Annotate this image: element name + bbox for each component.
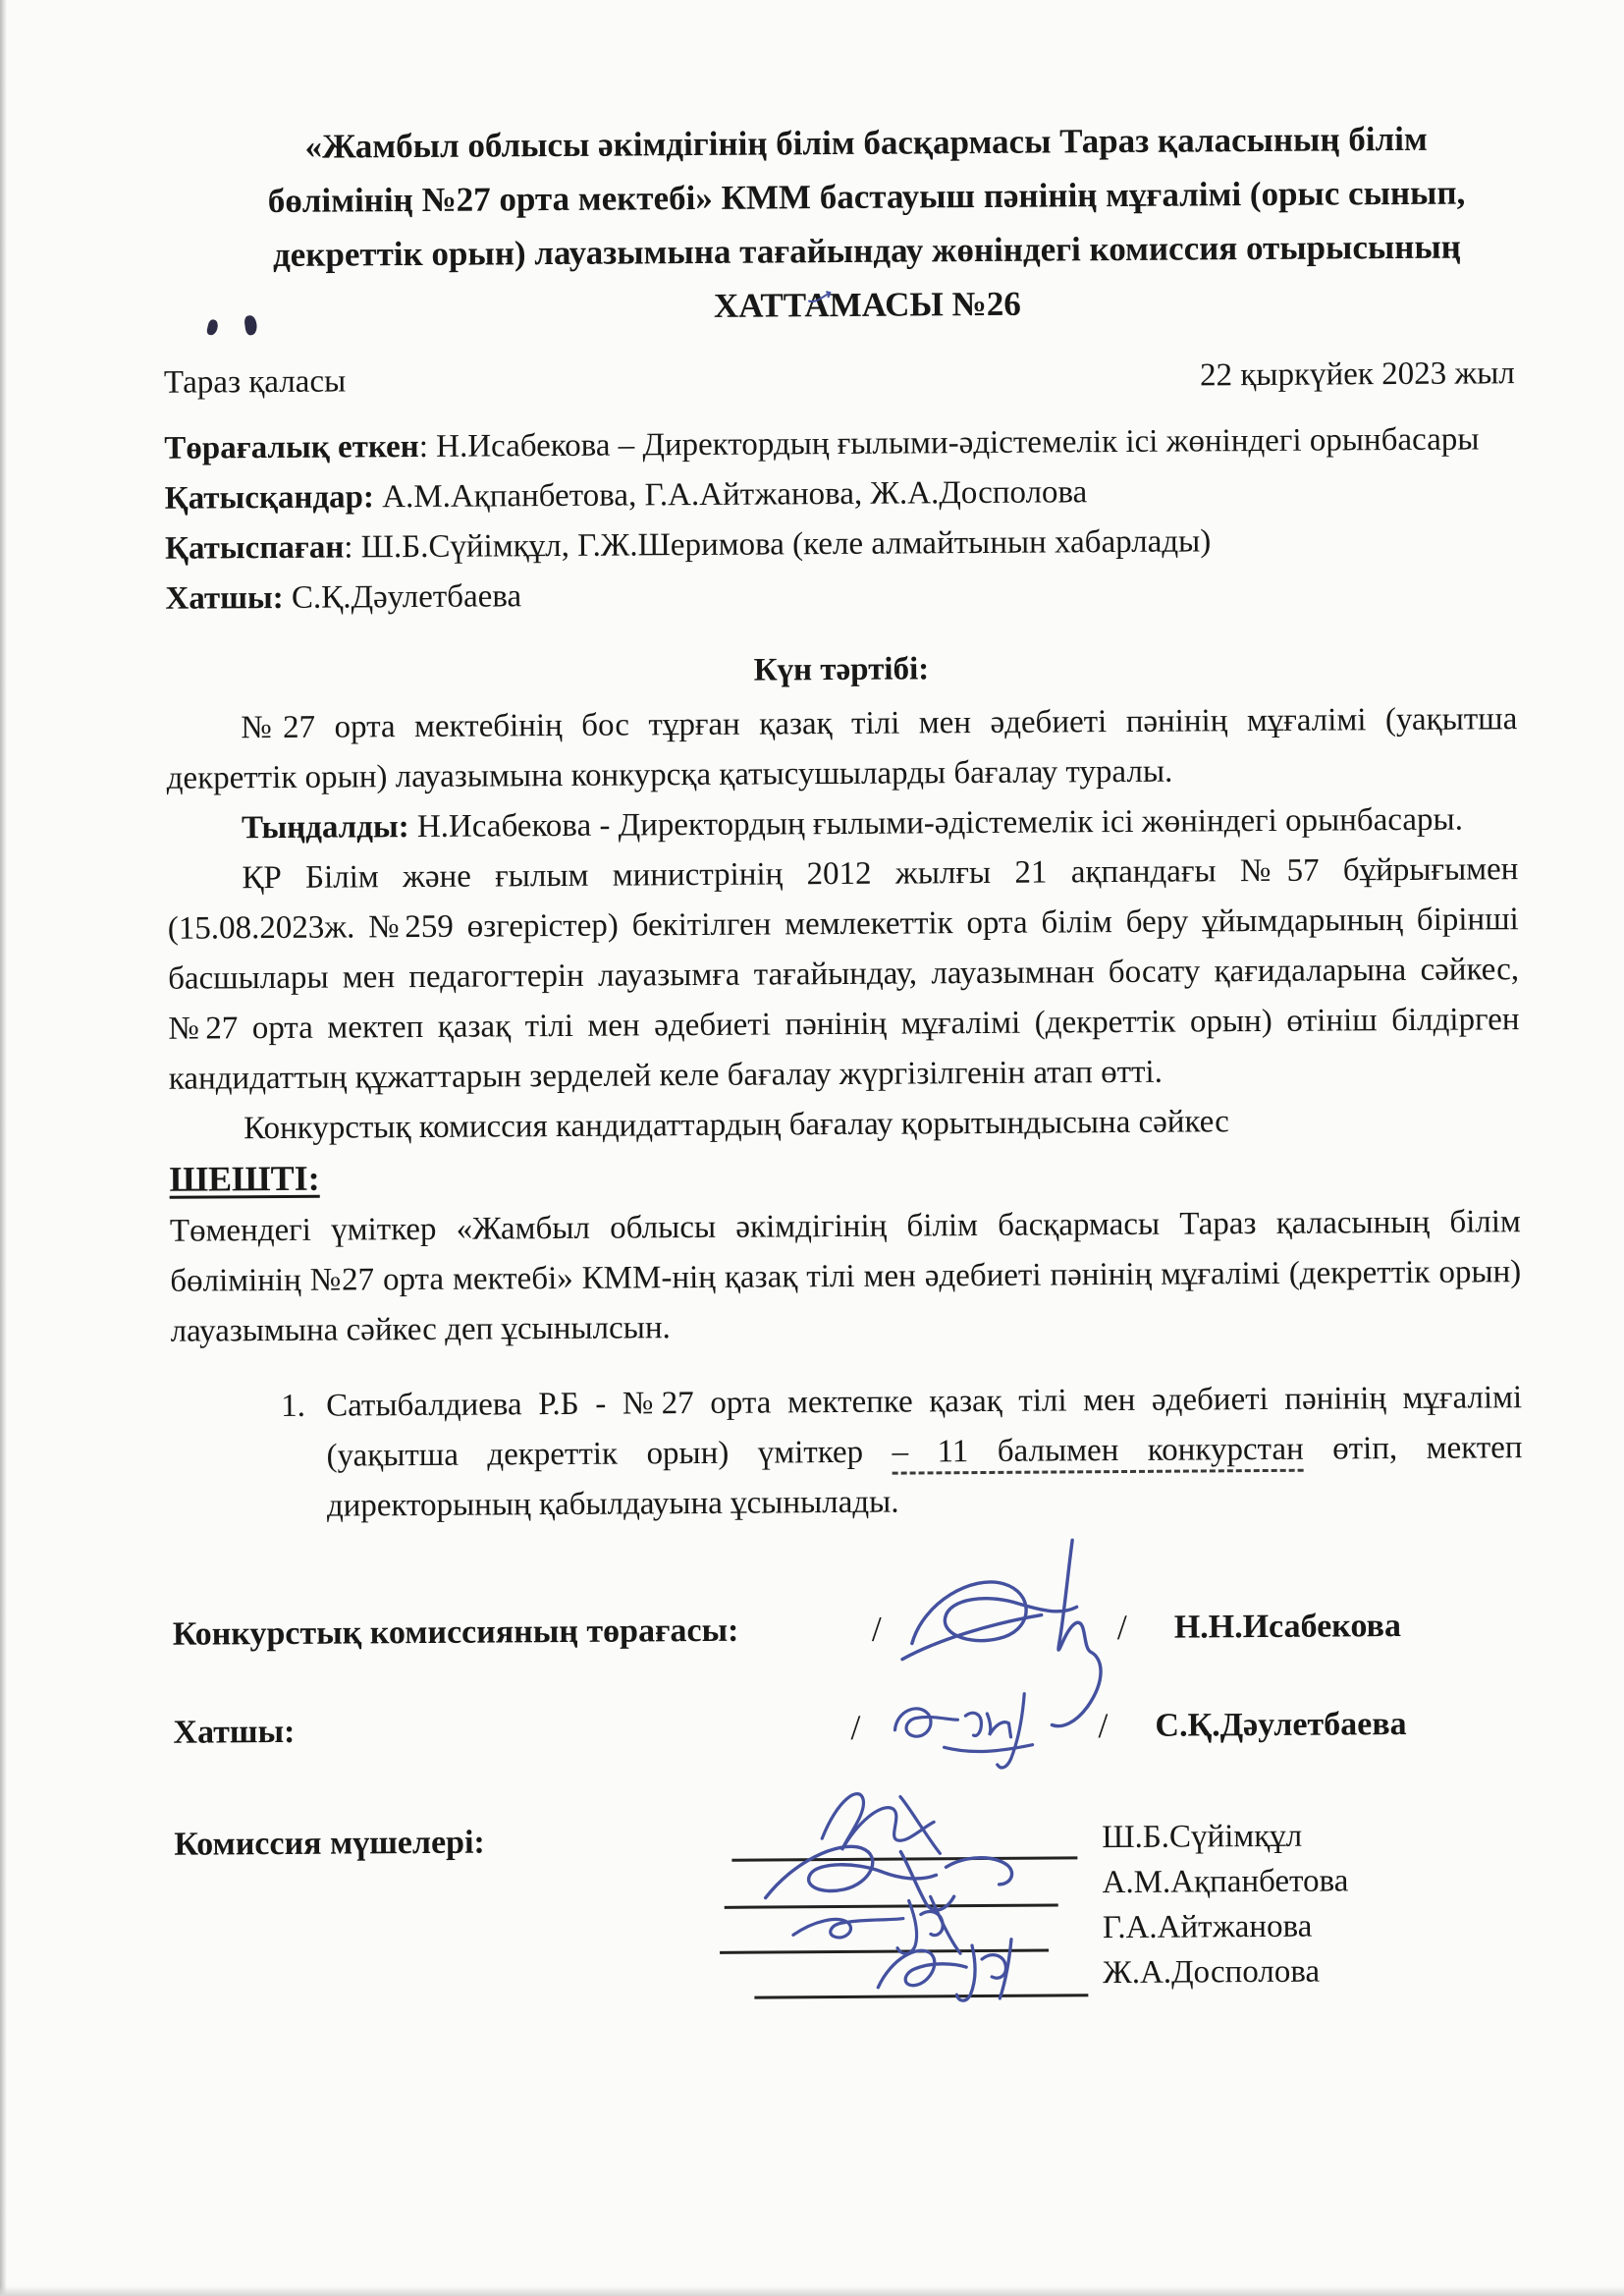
scan-edge-shadow (0, 0, 7, 2296)
resolution-text: Төмендегі үміткер «Жамбыл облысы әкімдіг… (170, 1204, 1522, 1349)
slash-left: / (872, 1605, 882, 1655)
member-name: Ж.А.Досполова (1103, 1947, 1320, 1999)
absent-text: : Ш.Б.Сүйімқұл, Г.Ж.Шеримова (келе алмай… (344, 523, 1211, 565)
member-signature (862, 1929, 1079, 2015)
absent-label: Қатыспаған (165, 530, 344, 567)
scan-bottom-shadow (0, 2286, 1624, 2296)
scanned-protocol-page: «Жамбыл облысы әкімдігінің білім басқарм… (0, 0, 1624, 2296)
heard-label: Тыңдалды: (242, 809, 409, 846)
heard-text: Н.Исабекова - Директордың ғылыми-әдістем… (409, 802, 1464, 845)
list-item-number: 1. (281, 1382, 305, 1432)
member-name: Ш.Б.Сүйімқұл (1102, 1812, 1302, 1863)
chairman-signature-row: Конкурстық комиссияның төрағасы: / / Н.Н… (173, 1600, 1524, 1661)
pen-tick-mark (806, 291, 832, 304)
secretary-name: С.Қ.Дәулетбаева (1155, 1699, 1407, 1751)
protocol-number: ХАТТАМАСЫ №26 (234, 273, 1500, 336)
agenda-item: №27 орта мектебінің бос тұрған қазақ тіл… (166, 694, 1518, 804)
member-name: Г.А.Айтжанова (1103, 1902, 1313, 1953)
place-date-row: Тараз қаласы 22 қыркүйек 2023 жыл (164, 349, 1515, 409)
secretary-label: Хатшы: (165, 580, 284, 617)
ink-speck (206, 318, 219, 336)
participants-block: Төрағалық еткен: Н.Исабекова – Директорд… (164, 414, 1516, 625)
date-label: 22 қыркүйек 2023 жыл (1200, 349, 1515, 401)
signatures-section: Конкурстық комиссияның төрағасы: / / Н.Н… (172, 1582, 1527, 2142)
main-paragraph: ҚР Білім және ғылым министрінің 2012 жыл… (167, 845, 1520, 1105)
resolution-block: ШЕШТІ: Төмендегі үміткер «Жамбыл облысы … (169, 1145, 1521, 1357)
place-label: Тараз қаласы (164, 357, 347, 409)
list-item-score: – 11 балымен конкурстан (892, 1432, 1303, 1475)
ink-mark (207, 311, 286, 342)
chairman-name: Н.Н.Исабекова (1174, 1601, 1402, 1653)
chairman-sign-label: Конкурстық комиссияның төрағасы: (173, 1613, 739, 1653)
document-title: «Жамбыл облысы әкімдігінің білім басқарм… (233, 111, 1500, 282)
attended-text: А.М.Ақпанбетова, Г.А.Айтжанова, Ж.А.Досп… (374, 474, 1088, 515)
slash-right: / (1117, 1603, 1127, 1653)
chairperson-label: Төрағалық еткен (164, 429, 419, 466)
agenda-heading: Күн тәртібі: (166, 640, 1517, 700)
chairperson-text: : Н.Исабекова – Директордың ғылыми-әдіст… (419, 421, 1480, 465)
slash-right: / (1098, 1701, 1108, 1751)
members-block: Комиссия мүшелері: Ш.Б.Сүйімқұл (174, 1810, 1525, 1871)
document-content: «Жамбыл облысы әкімдігінің білім басқарм… (162, 111, 1527, 2142)
secretary-sign-label: Хатшы: (173, 1714, 295, 1751)
secretary-signature (885, 1685, 1072, 1779)
list-item: 1. Сатыбалдиева Р.Б - №27 орта мектепке … (171, 1373, 1523, 1533)
attended-label: Қатысқандар: (165, 479, 375, 516)
secretary-signature-row: Хатшы: / / С.Қ.Дәулетбаева (173, 1698, 1524, 1759)
secretary-text: С.Қ.Дәулетбаева (284, 578, 522, 616)
member-name: А.М.Ақпанбетова (1102, 1856, 1348, 1908)
members-label: Комиссия мүшелері: (174, 1825, 485, 1863)
resolution-label: ШЕШТІ: (169, 1159, 319, 1199)
slash-left: / (850, 1703, 860, 1753)
ink-speck (244, 314, 258, 336)
